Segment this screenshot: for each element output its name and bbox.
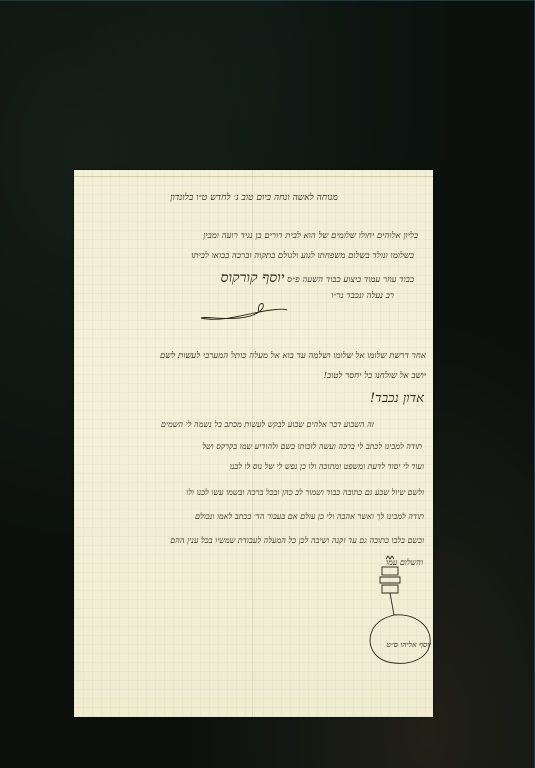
body-line-2: תודה למבינו לכתב לי ברכה ועשה לזכותו בשם… — [82, 442, 422, 451]
opening-line-4: רב נעלה ונכבד נר״ו — [194, 290, 394, 301]
header-line: מנוחה לאשה ונחה ביום טוב ג׳ לחדש ט״ו בלו… — [144, 192, 364, 203]
opening-line-1: בליון אלוהים יחולו שלומים של הוא לבית דו… — [88, 230, 418, 241]
flourish-icon — [199, 302, 289, 322]
signature-name: יוסף אליהו ס״ט — [359, 640, 431, 649]
intro-line-1: אחר דרשת שלומו אל שלומו ושלמה עד בוא אל … — [80, 350, 426, 361]
addressee-name: יוסף קורקוס — [221, 270, 285, 286]
body-line-1: זה השבוע דבר אלהים שבוע לבקש לעשות מכתב … — [82, 420, 374, 429]
body-line-5: תודה למבינו לך ואשר אהבה ולי כן עולם אם … — [80, 512, 424, 521]
intro-line-2: יושב אל שולחנו בל יחסר לטוב! — [204, 370, 426, 381]
body-line-6: ובשם בלבו כתובה גם עד זקנה ושיבה לכן כל … — [84, 536, 424, 545]
opening-line-2: בשלומו ונולד בשלום משפחתו לגוע ולגולם בת… — [92, 250, 414, 261]
body-line-3: ועוד לי יסוד לדעת ומשפט ומתוכה ולו כן נפ… — [154, 462, 424, 471]
letter-paper: מנוחה לאשה ונחה ביום טוב ג׳ לחדש ט״ו בלו… — [74, 170, 433, 717]
opening-line-3: כבוד עוזר עמוד ביצוע כבוד השעה פ״ס יוסף … — [102, 270, 414, 287]
body-line-4: ולשם שיול שבע גם כתובה כבוד ושמור לב כהן… — [80, 488, 424, 497]
greeting: אדון נכבד! — [324, 390, 424, 406]
opening-line-3-text: כבוד עוזר עמוד ביצוע כבוד השעה פ״ס — [287, 275, 414, 285]
